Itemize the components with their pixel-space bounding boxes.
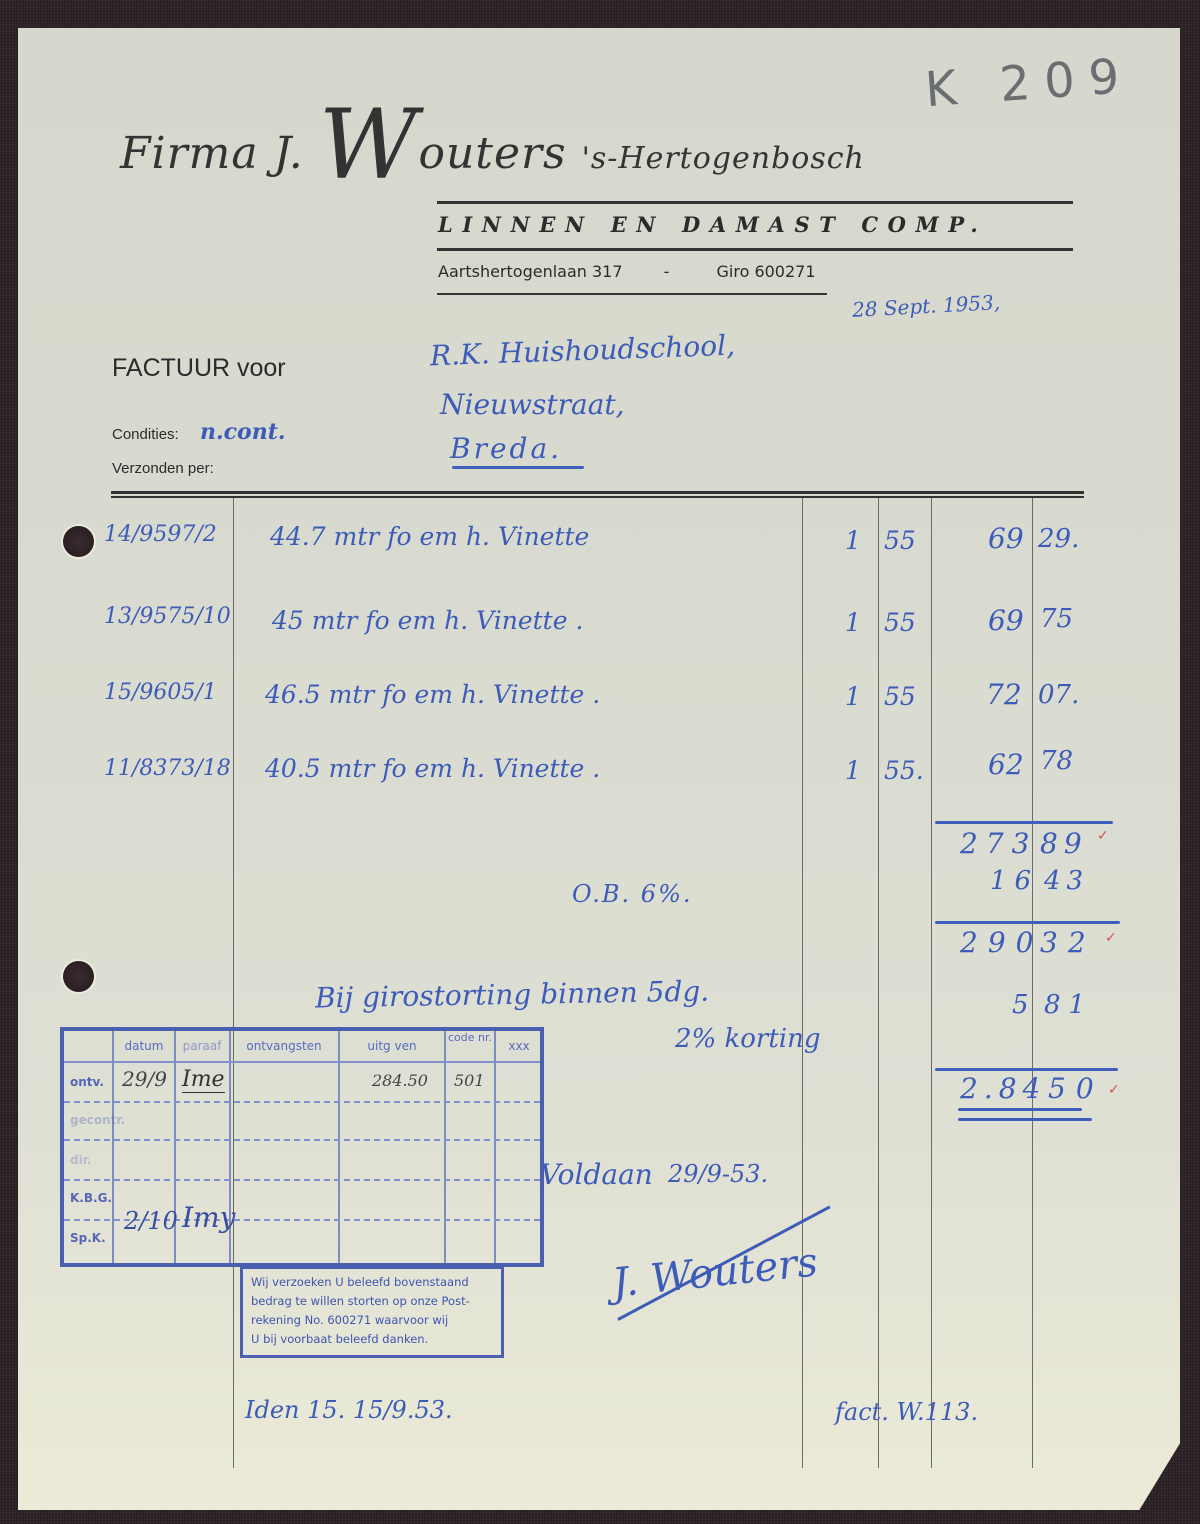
column-line-amount	[931, 498, 932, 1468]
item-amount-whole: 69	[988, 522, 1024, 555]
address-separator: -	[664, 262, 670, 281]
admin-stamp: datum paraaf ontvangsten uitg ven code n…	[60, 1027, 544, 1267]
stamp-divider	[112, 1031, 114, 1263]
final-double-underline-1	[958, 1108, 1082, 1111]
item-description: 40.5 mtr fo em h. Vinette .	[265, 754, 600, 783]
address: Aartshertogenlaan 317	[438, 262, 623, 281]
recipient-line-3: Breda.	[450, 432, 562, 465]
conditions-label: Condities:	[112, 426, 179, 443]
item-amount-whole: 69	[988, 604, 1024, 637]
notice-line-3: rekening No. 600271 waarvoor wij	[251, 1311, 493, 1330]
letterhead-rule-top	[437, 201, 1073, 204]
stamp-row-label-kbg: K.B.G.	[70, 1191, 112, 1205]
stamp-header-code: code nr.	[446, 1031, 494, 1045]
notice-line-1: Wij verzoeken U beleefd bovenstaand	[251, 1273, 493, 1292]
tax-label: O.B. 6%.	[572, 880, 693, 908]
firm-city: 's-Hertogenbosch	[582, 141, 865, 176]
stamp-row-rule	[64, 1179, 540, 1181]
letterhead-rule-middle	[437, 248, 1073, 251]
discount-cents: 81	[1044, 990, 1093, 1020]
item-price: 55	[884, 526, 916, 555]
paid-text: Voldaan	[540, 1158, 653, 1191]
item-ref: 14/9597/2	[104, 522, 217, 547]
stamp-row-rule	[64, 1061, 540, 1063]
column-line-qty	[802, 498, 803, 1468]
recipient-line-2: Nieuwstraat,	[440, 388, 625, 421]
column-line-cents	[1032, 498, 1033, 1468]
firm-prefix: Firma J.	[120, 128, 304, 179]
shipped-label: Verzonden per:	[112, 460, 214, 477]
company-line: LINNEN EN DAMAST COMP.	[438, 212, 987, 237]
subtotal-cents: 89	[1040, 827, 1088, 860]
item-ref: 13/9575/10	[104, 604, 231, 629]
firm-initial: W	[319, 89, 419, 201]
stamp-row-label-gecontr: gecontr.	[70, 1113, 125, 1127]
footer-left-note: Iden 15. 15/9.53.	[245, 1396, 453, 1424]
item-description: 44.7 mtr fo em h. Vinette	[270, 522, 589, 551]
stamp-uitg-amount: 284.50	[372, 1071, 428, 1090]
stamp-row-rule	[64, 1101, 540, 1103]
stamp-divider	[338, 1031, 340, 1263]
item-qty: 1	[845, 526, 861, 555]
notice-line-4: U bij voorbaat beleefd danken.	[251, 1330, 493, 1349]
payment-notice-stamp: Wij verzoeken U beleefd bovenstaand bedr…	[240, 1266, 504, 1358]
item-qty: 1	[845, 756, 861, 785]
final-total-line	[935, 1068, 1118, 1071]
conditions-value: n.cont.	[200, 419, 286, 445]
invoice-title: FACTUUR voor	[112, 354, 286, 383]
item-description: 45 mtr fo em h. Vinette .	[272, 606, 583, 635]
stamp-ontv-date: 29/9	[122, 1067, 167, 1091]
stamp-divider	[444, 1031, 446, 1263]
discount-whole: 5	[1012, 990, 1029, 1020]
stamp-row-rule	[64, 1139, 540, 1141]
recipient-underline	[452, 466, 584, 469]
check-mark-final: ✓	[1108, 1082, 1120, 1098]
stamp-spk-date: 2/10	[124, 1207, 178, 1235]
item-amount-cents: 07.	[1038, 680, 1079, 710]
final-total-cents: 50	[1048, 1072, 1104, 1105]
total-cents: 32	[1040, 926, 1096, 959]
punch-hole-top	[63, 526, 94, 557]
tax-whole: 16	[990, 866, 1039, 896]
discount-note-line-1: Bij girostorting binnen 5dg.	[315, 975, 710, 1015]
item-price: 55	[884, 608, 916, 637]
notice-line-2: bedrag te willen storten op onze Post-	[251, 1292, 493, 1311]
item-amount-cents: 29.	[1038, 524, 1079, 554]
paid-date: 29/9-53.	[668, 1160, 768, 1188]
item-price: 55.	[884, 756, 924, 785]
stamp-header-paraaf: paraaf	[176, 1039, 228, 1053]
check-mark-total: ✓	[1105, 930, 1117, 946]
final-double-underline-2	[958, 1118, 1092, 1121]
stamp-header-datum: datum	[114, 1039, 174, 1053]
item-ref: 15/9605/1	[104, 680, 217, 705]
giro-number: Giro 600271	[717, 262, 816, 281]
punch-hole-bottom	[63, 961, 94, 992]
column-line-price	[878, 498, 879, 1468]
footer-right-note: fact. W.113.	[835, 1398, 978, 1426]
item-amount-whole: 72	[986, 678, 1022, 711]
item-ref: 11/8373/18	[104, 756, 231, 781]
item-qty: 1	[845, 682, 861, 711]
stamp-row-label-spk: Sp.K.	[70, 1231, 106, 1245]
total-whole: 290	[960, 926, 1043, 959]
item-description: 46.5 mtr fo em h. Vinette .	[265, 680, 600, 709]
address-line: Aartshertogenlaan 317 - Giro 600271	[438, 262, 816, 281]
stamp-code: 501	[454, 1071, 485, 1090]
item-qty: 1	[845, 608, 861, 637]
stamp-row-label-dir: dir.	[70, 1153, 91, 1167]
table-rule-2	[111, 496, 1084, 498]
stamp-ontv-paraaf: Ime	[182, 1067, 225, 1093]
column-line-ref	[233, 498, 234, 1468]
final-total-whole: 2.84	[960, 1072, 1046, 1105]
item-amount-cents: 78	[1040, 746, 1073, 776]
letterhead-rule-bottom	[437, 293, 827, 295]
firm-name: Firma J. Wouters 's-Hertogenbosch	[120, 128, 865, 179]
subtotal-line	[935, 821, 1113, 824]
stamp-spk-paraaf: Imy	[182, 1201, 235, 1234]
item-price: 55	[884, 682, 916, 711]
subtotal-whole: 273	[960, 827, 1037, 860]
discount-note-line-2: 2% korting	[675, 1024, 821, 1054]
firm-rest: outers	[418, 128, 566, 179]
tax-cents: 43	[1044, 866, 1089, 896]
table-rule-1	[111, 491, 1084, 494]
stamp-row-label-ontv: ontv.	[70, 1075, 104, 1089]
stamp-divider	[494, 1031, 496, 1263]
check-mark-subtotal: ✓	[1097, 828, 1109, 844]
item-amount-whole: 62	[988, 748, 1024, 781]
stamp-header-uitg: uitg ven	[340, 1039, 444, 1053]
stamp-header-xxx: xxx	[496, 1039, 542, 1053]
stamp-header-ontvangsten: ontvangsten	[231, 1039, 337, 1053]
item-amount-cents: 75	[1040, 604, 1073, 634]
total-line	[935, 921, 1120, 924]
